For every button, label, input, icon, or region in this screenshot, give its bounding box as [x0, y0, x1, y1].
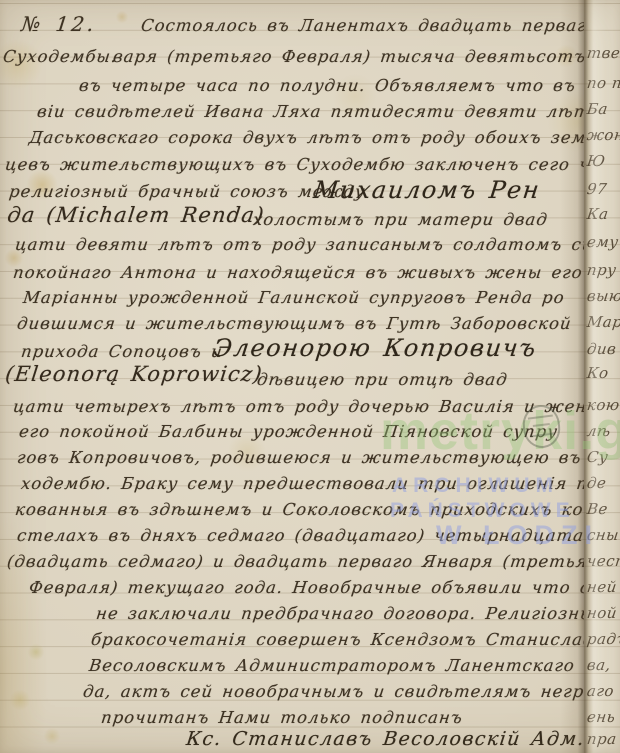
- adjacent-page-text-fragment: Ба: [586, 100, 609, 118]
- manuscript-line: дѣвицею при отцѣ двад: [256, 370, 509, 389]
- manuscript-line: Михаиломъ Рен: [312, 176, 542, 204]
- adjacent-page-text-fragment: де: [586, 474, 608, 492]
- register-page: № 12. Суходембы. Состоялось въ Ланентахъ…: [0, 0, 584, 753]
- manuscript-line: Маріанны урожденной Галинской супруговъ …: [22, 288, 566, 307]
- manuscript-line: не заключали предбрачнаго договора. Рели…: [95, 604, 584, 623]
- adjacent-page-text-fragment: Ко: [586, 364, 610, 382]
- adjacent-page-text-fragment: ень: [586, 708, 617, 726]
- adjacent-page-text-fragment: Мар: [586, 313, 620, 331]
- adjacent-page-text-fragment: выю: [586, 287, 620, 305]
- adjacent-page-text-fragment: див: [586, 340, 618, 358]
- adjacent-page-text-fragment: ной: [586, 604, 618, 622]
- manuscript-line: цати девяти лѣтъ отъ роду записанымъ сол…: [14, 235, 584, 254]
- manuscript-line: варя (третьяго Февраля) тысяча девятьсот…: [112, 47, 584, 66]
- adjacent-page-text-fragment: пру: [586, 261, 618, 279]
- margin-place-name: Суходембы.: [2, 47, 118, 66]
- priest-signature: Кс. Станиславъ Весоловскій Адм. Лан. Пр.: [185, 728, 584, 750]
- archive-watermark-line1: ARCHIWUM: [392, 474, 559, 498]
- manuscript-line: прочитанъ Нами только подписанъ: [100, 708, 464, 727]
- manuscript-line: въ четыре часа по полудни. Объявляемъ чт…: [78, 76, 584, 95]
- adjacent-page-text-fragment: 97: [586, 180, 608, 198]
- manuscript-line: (двадцать седмаго) и двадцать перваго Ян…: [6, 552, 584, 571]
- adjacent-page-text-fragment: чест: [586, 552, 620, 570]
- manuscript-line: да (Michalem Renda): [6, 203, 266, 227]
- adjacent-page-text-fragment: твер: [586, 44, 620, 62]
- manuscript-line: бракосочетанія совершенъ Ксендзомъ Стани…: [90, 630, 584, 649]
- adjacent-page-text-fragment: Ю: [586, 152, 607, 170]
- adjacent-page-text-fragment: аго: [586, 682, 615, 700]
- adjacent-page-text-fragment: Ка: [586, 205, 610, 223]
- manuscript-line: цевъ жительствующихъ въ Суходембю заключ…: [4, 155, 584, 174]
- manuscript-line: Весоловскимъ Администраторомъ Ланентскаг…: [88, 656, 584, 675]
- manuscript-line: дившимся и жительствующимъ въ Гутѣ Забор…: [16, 314, 573, 333]
- adjacent-page-text-fragment: жони: [586, 126, 620, 144]
- manuscript-scan: № 12. Суходембы. Состоялось въ Ланентахъ…: [0, 0, 620, 753]
- adjacent-page-edge: тверпо пБажониЮ97КаемупрувыюМардивКокоюл…: [584, 0, 620, 753]
- manuscript-line: Состоялось въ Ланентахъ двадцать перваго…: [140, 16, 584, 35]
- manuscript-line: Даськовскаго сорока двухъ лѣтъ отъ роду …: [28, 128, 584, 147]
- adjacent-page-text-fragment: ва,: [586, 656, 612, 674]
- adjacent-page-text-fragment: Ве: [586, 500, 609, 518]
- manuscript-line: віи свидѣтелей Ивана Ляха пятидесяти дев…: [36, 102, 584, 121]
- adjacent-page-text-fragment: пра: [586, 730, 618, 748]
- manuscript-line: покойнаго Антона и находящейся въ живыхъ…: [12, 263, 584, 282]
- archive-watermark-line3: W ŁODZI: [436, 520, 599, 551]
- manuscript-line: (Eleonorą Koprowicz): [4, 362, 264, 386]
- manuscript-line: Элеонорою Копровичъ: [212, 334, 539, 362]
- manuscript-line: прихода Сопоцовъ и: [20, 342, 224, 361]
- adjacent-page-text-fragment: радъ: [586, 630, 620, 648]
- manuscript-line: да, актъ сей новобрачнымъ и свидѣтелямъ …: [82, 682, 584, 701]
- adjacent-page-text-fragment: ему: [586, 233, 620, 251]
- manuscript-line: холостымъ при матери двад: [252, 210, 549, 229]
- manuscript-line: Февраля) текущаго года. Новобрачные объя…: [28, 578, 584, 597]
- adjacent-page-text-fragment: по п: [586, 74, 620, 92]
- act-number: № 12.: [20, 12, 98, 36]
- manuscript-text-layer: № 12. Суходембы. Состоялось въ Ланентахъ…: [0, 0, 584, 753]
- metryki-watermark: metryki.genea: [380, 400, 620, 462]
- adjacent-page-text-fragment: ней: [586, 578, 618, 596]
